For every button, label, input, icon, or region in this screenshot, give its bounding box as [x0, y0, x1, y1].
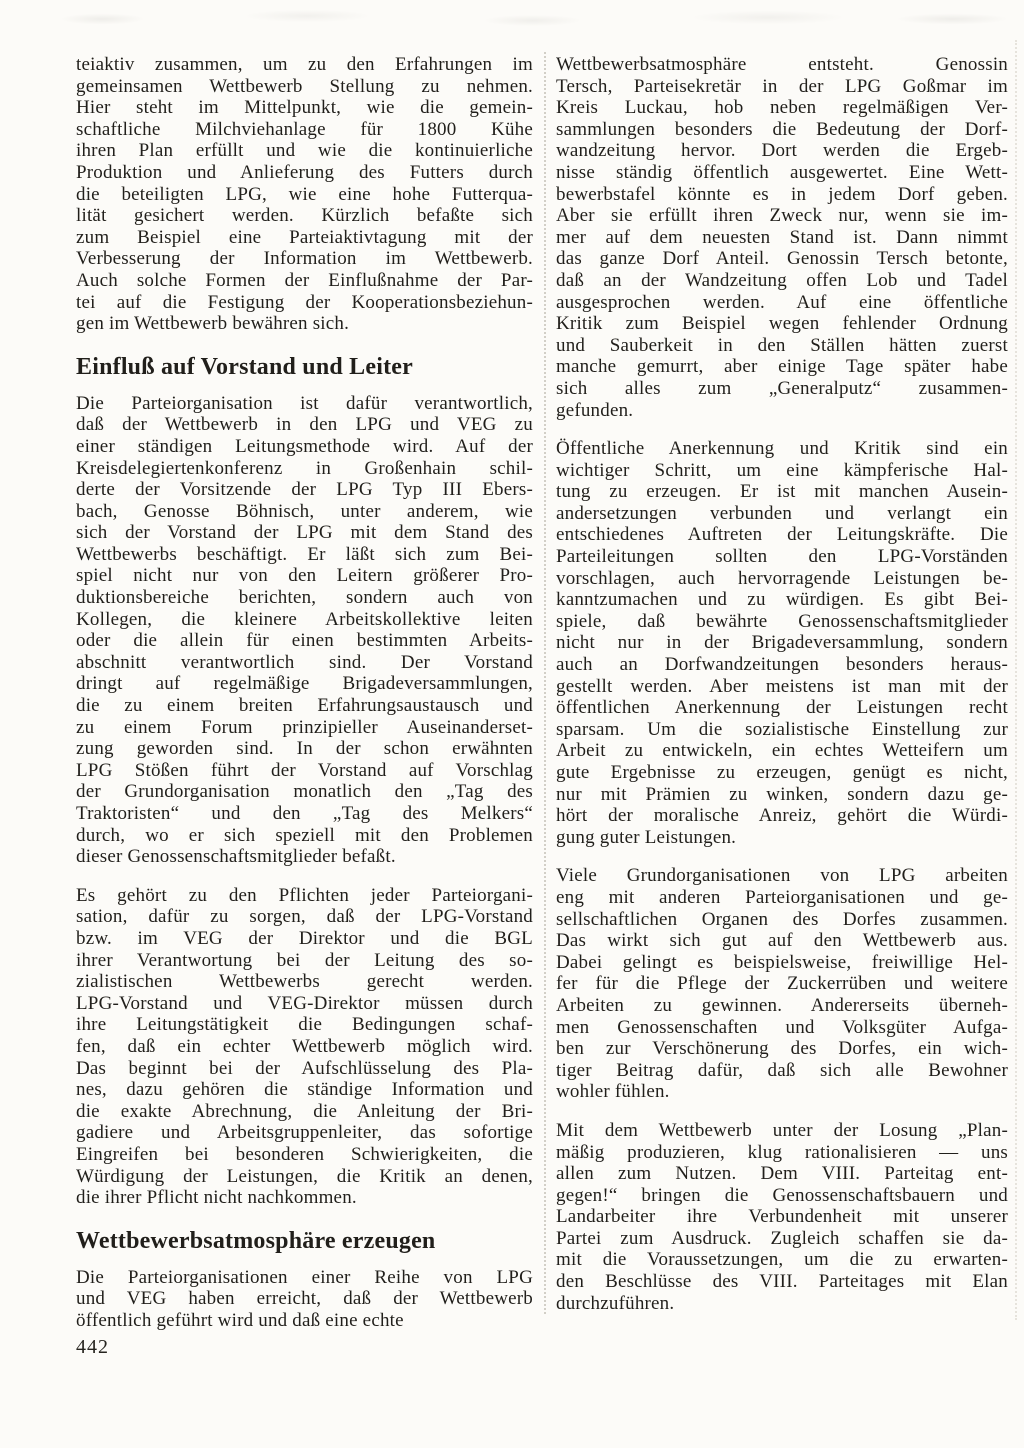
paragraph: Viele Grundorganisationen von LPG arbeit… — [556, 865, 1008, 1103]
text-line: wohler fühlen. — [556, 1081, 1008, 1103]
text-line: zialistischen Wettbewerbs gerecht werden… — [76, 971, 533, 993]
text-line: Wettbewerbsatmosphäre entsteht. Genossin — [556, 54, 1008, 76]
text-line: die zu einem breiten Erfahrungsaustausch… — [76, 695, 533, 717]
text-line: schaftliche Milchviehanlage für 1800 Küh… — [76, 119, 533, 141]
text-line: Das wirkt sich gut auf den Wettbewerb au… — [556, 930, 1008, 952]
text-line: nur mit Prämien zu winken, sondern dazu … — [556, 784, 1008, 806]
text-line: eng mit anderen Parteiorganisationen und… — [556, 887, 1008, 909]
text-line: mer auf dem neuesten Stand ist. Dann nim… — [556, 227, 1008, 249]
text-line: Kreisdelegiertenkonferenz in Großenhain … — [76, 458, 533, 480]
text-line: fer für die Pflege der Zuckerrüben und w… — [556, 973, 1008, 995]
text-line: Partei zum Ausdruck. Zugleich schaffen s… — [556, 1228, 1008, 1250]
text-line: entschiedenes Auftreten der Leitungskräf… — [556, 524, 1008, 546]
text-line: nicht nur in der Brigadeversammlung, son… — [556, 632, 1008, 654]
text-line: Arbeit zu entwickeln, ein echtes Wetteif… — [556, 740, 1008, 762]
text-line: ihre Leitungstätigkeit die Bedingungen s… — [76, 1014, 533, 1036]
text-line: spiel nicht nur von den Leitern größerer… — [76, 565, 533, 587]
text-line: men Genossenschaften und Volksgüter Aufg… — [556, 1017, 1008, 1039]
text-line: sich alles zum „Generalputz“ zusammen- — [556, 378, 1008, 400]
text-line: tung zu erzeugen. Er ist mit manchen Aus… — [556, 481, 1008, 503]
text-line: Wettbewerbs beschäftigt. Er läßt sich zu… — [76, 544, 533, 566]
text-line: Hier steht im Mittelpunkt, wie die gemei… — [76, 97, 533, 119]
text-line: sation, dafür zu sorgen, daß der LPG-Vor… — [76, 906, 533, 928]
text-line: manche gemurrt, aber einige Tage später … — [556, 356, 1008, 378]
text-line: und VEG haben erreicht, daß der Wettbewe… — [76, 1288, 533, 1310]
text-line: sparsam. Um die sozialistische Einstellu… — [556, 719, 1008, 741]
text-line: Die Parteiorganisationen einer Reihe von… — [76, 1267, 533, 1289]
text-line: Dabei gelingt es beispielsweise, freiwil… — [556, 952, 1008, 974]
scan-noise-band — [0, 4, 1024, 34]
text-line: gegen!“ bringen die Genossenschaftsbauer… — [556, 1185, 1008, 1207]
text-line: öffentlich geführt wird und daß eine ech… — [76, 1310, 533, 1332]
text-line: die beteiligten LPG, wie eine hohe Futte… — [76, 184, 533, 206]
text-line: bach, Genosse Böhnisch, unter anderem, w… — [76, 501, 533, 523]
text-line: sellschaftlichen Organen des Dorfes zusa… — [556, 909, 1008, 931]
section-heading: Wettbewerbsatmosphäre erzeugen — [76, 1228, 533, 1254]
text-line: wandzeitung hervor. Dort werden die Erge… — [556, 140, 1008, 162]
text-line: der Grundorganisation monatlich den „Tag… — [76, 781, 533, 803]
paragraph: Die Parteiorganisation ist dafür verantw… — [76, 393, 533, 868]
text-line: durch, wo er sich speziell mit den Probl… — [76, 825, 533, 847]
text-line: einer ständigen Leitungsmethode wird. Au… — [76, 436, 533, 458]
text-line: zung geworden sind. In der schon erwähnt… — [76, 738, 533, 760]
text-line: Traktoristen“ und den „Tag des Melkers“ — [76, 803, 533, 825]
paragraph: teiaktiv zusammen, um zu den Erfahrungen… — [76, 54, 533, 335]
text-line: Produktion und Anlieferung des Futters d… — [76, 162, 533, 184]
text-line: Kritik zum Beispiel wegen fehlender Ordn… — [556, 313, 1008, 335]
text-line: Es gehört zu den Pflichten jeder Parteio… — [76, 885, 533, 907]
text-line: spiele, daß bewährte Genossenschaftsmitg… — [556, 611, 1008, 633]
column-divider-line — [544, 52, 546, 1314]
section-heading: Einfluß auf Vorstand und Leiter — [76, 354, 533, 380]
paragraph: Wettbewerbsatmosphäre entsteht. Genossin… — [556, 54, 1008, 421]
text-line: nisse ständig öffentlich ausgewertet. Ei… — [556, 162, 1008, 184]
text-line: Würdigung der Leistungen, die Kritik an … — [76, 1166, 533, 1188]
text-line: zum Beispiel eine Parteiaktivtagung mit … — [76, 227, 533, 249]
text-line: derte der Vorsitzende der LPG Typ III Eb… — [76, 479, 533, 501]
text-line: auch an Dorfwandzeitungen besonders hera… — [556, 654, 1008, 676]
text-line: Die Parteiorganisation ist dafür verantw… — [76, 393, 533, 415]
page-number: 442 — [76, 1336, 109, 1359]
text-line: bewerbstafel könnte es in jedem Dorf geb… — [556, 184, 1008, 206]
text-line: andersetzungen verbunden und verlangt ei… — [556, 503, 1008, 525]
text-line: und Sauberkeit in den Ställen hätten zue… — [556, 335, 1008, 357]
text-line: Aber sie erfüllt ihren Zweck nur, wenn s… — [556, 205, 1008, 227]
text-line: abschnitt verantwortlich sind. Der Vorst… — [76, 652, 533, 674]
paragraph: Mit dem Wettbewerb unter der Losung „Pla… — [556, 1120, 1008, 1314]
text-line: Parteileitungen sollten den LPG-Vorständ… — [556, 546, 1008, 568]
page-edge-shadow — [1015, 40, 1017, 1320]
text-line: vorschlagen, auch hervorragende Leistung… — [556, 568, 1008, 590]
text-line: Tersch, Parteisekretär in der LPG Goßmar… — [556, 76, 1008, 98]
text-line: nes, dazu gehören die ständige Informati… — [76, 1079, 533, 1101]
text-line: Kollegen, die kleinere Arbeitskollektive… — [76, 609, 533, 631]
text-line: gefunden. — [556, 400, 1008, 422]
paragraph: Es gehört zu den Pflichten jeder Parteio… — [76, 885, 533, 1209]
text-line: die exakte Abrechnung, die Anleitung der… — [76, 1101, 533, 1123]
text-line: gemeinsamen Wettbewerb Stellung zu nehme… — [76, 76, 533, 98]
text-line: gestellt werden. Aber meistens ist man m… — [556, 676, 1008, 698]
text-line: tiger Beitrag dafür, daß sich alle Bewoh… — [556, 1060, 1008, 1082]
text-line: das ganze Dorf Anteil. Genossin Tersch b… — [556, 248, 1008, 270]
text-line: zu einem Forum prinzipieller Auseinander… — [76, 717, 533, 739]
text-line: oder die allein für einen bestimmten Arb… — [76, 630, 533, 652]
text-line: öffentlichen Anerkennung der Leistungen … — [556, 697, 1008, 719]
paragraph: Öffentliche Anerkennung und Kritik sind … — [556, 438, 1008, 848]
left-column: teiaktiv zusammen, um zu den Erfahrungen… — [76, 54, 533, 1331]
paragraph: Die Parteiorganisationen einer Reihe von… — [76, 1267, 533, 1332]
text-line: Auch solche Formen der Einflußnahme der … — [76, 270, 533, 292]
text-line: daß der Wettbewerb in den LPG und VEG zu — [76, 414, 533, 436]
text-line: Kreis Luckau, hob neben regelmäßigen Ver… — [556, 97, 1008, 119]
text-line: ihren Plan erfüllt und wie die kontinuie… — [76, 140, 533, 162]
text-line: ausgesprochen werden. Auf eine öffentlic… — [556, 292, 1008, 314]
text-line: dringt auf regelmäßige Brigadeversammlun… — [76, 673, 533, 695]
text-line: Arbeiten zu gewinnen. Andererseits übern… — [556, 995, 1008, 1017]
text-line: Mit dem Wettbewerb unter der Losung „Pla… — [556, 1120, 1008, 1142]
text-line: die ihrer Pflicht nicht nachkommen. — [76, 1187, 533, 1209]
text-line: durchzuführen. — [556, 1293, 1008, 1315]
text-line: mäßig produzieren, klug rationalisieren … — [556, 1142, 1008, 1164]
text-line: hört der moralische Anreiz, gehört die W… — [556, 805, 1008, 827]
text-line: lität gesichert werden. Kürzlich befaßte… — [76, 205, 533, 227]
text-line: ihrer Verantwortung bei der Leitung des … — [76, 950, 533, 972]
text-line: sich der Vorstand der LPG mit dem Stand … — [76, 522, 533, 544]
text-line: kanntzumachen und zu würdigen. Es gibt B… — [556, 589, 1008, 611]
right-column: Wettbewerbsatmosphäre entsteht. Genossin… — [556, 54, 1008, 1314]
text-line: den Beschlüsse des VIII. Parteitages mit… — [556, 1271, 1008, 1293]
text-line: dieser Genossenschaftsmitglieder befaßt. — [76, 846, 533, 868]
text-line: ben zur Verschönerung des Dorfes, ein wi… — [556, 1038, 1008, 1060]
text-line: duktionsbereiche berichten, sondern auch… — [76, 587, 533, 609]
text-line: teiaktiv zusammen, um zu den Erfahrungen… — [76, 54, 533, 76]
text-line: allen zum Nutzen. Dem VIII. Parteitag en… — [556, 1163, 1008, 1185]
text-line: Viele Grundorganisationen von LPG arbeit… — [556, 865, 1008, 887]
text-line: Eingreifen bei besonderen Schwierigkeite… — [76, 1144, 533, 1166]
text-line: Verbesserung der Information im Wettbewe… — [76, 248, 533, 270]
text-line: gadiere und Arbeitsgruppenleiter, das so… — [76, 1122, 533, 1144]
text-line: gung guter Leistungen. — [556, 827, 1008, 849]
text-line: bzw. im VEG der Direktor und die BGL — [76, 928, 533, 950]
text-line: tei auf die Festigung der Kooperationsbe… — [76, 292, 533, 314]
text-line: sammlungen besonders die Bedeutung der D… — [556, 119, 1008, 141]
text-line: LPG-Vorstand und VEG-Direktor müssen dur… — [76, 993, 533, 1015]
text-line: LPG Stößen führt der Vorstand auf Vorsch… — [76, 760, 533, 782]
text-line: Öffentliche Anerkennung und Kritik sind … — [556, 438, 1008, 460]
text-line: fen, daß ein echter Wettbewerb möglich w… — [76, 1036, 533, 1058]
text-line: daß an der Wandzeitung offen Lob und Tad… — [556, 270, 1008, 292]
text-line: Das beginnt bei der Aufschlüsselung des … — [76, 1058, 533, 1080]
text-line: wichtiger Schritt, um eine kämpferische … — [556, 460, 1008, 482]
text-line: gute Ergebnisse zu erzeugen, genügt es n… — [556, 762, 1008, 784]
text-line: Landarbeiter ihre Verbundenheit mit unse… — [556, 1206, 1008, 1228]
text-line: gen im Wettbewerb bewähren sich. — [76, 313, 533, 335]
text-line: mit die Voraussetzungen, um die zu erwar… — [556, 1249, 1008, 1271]
